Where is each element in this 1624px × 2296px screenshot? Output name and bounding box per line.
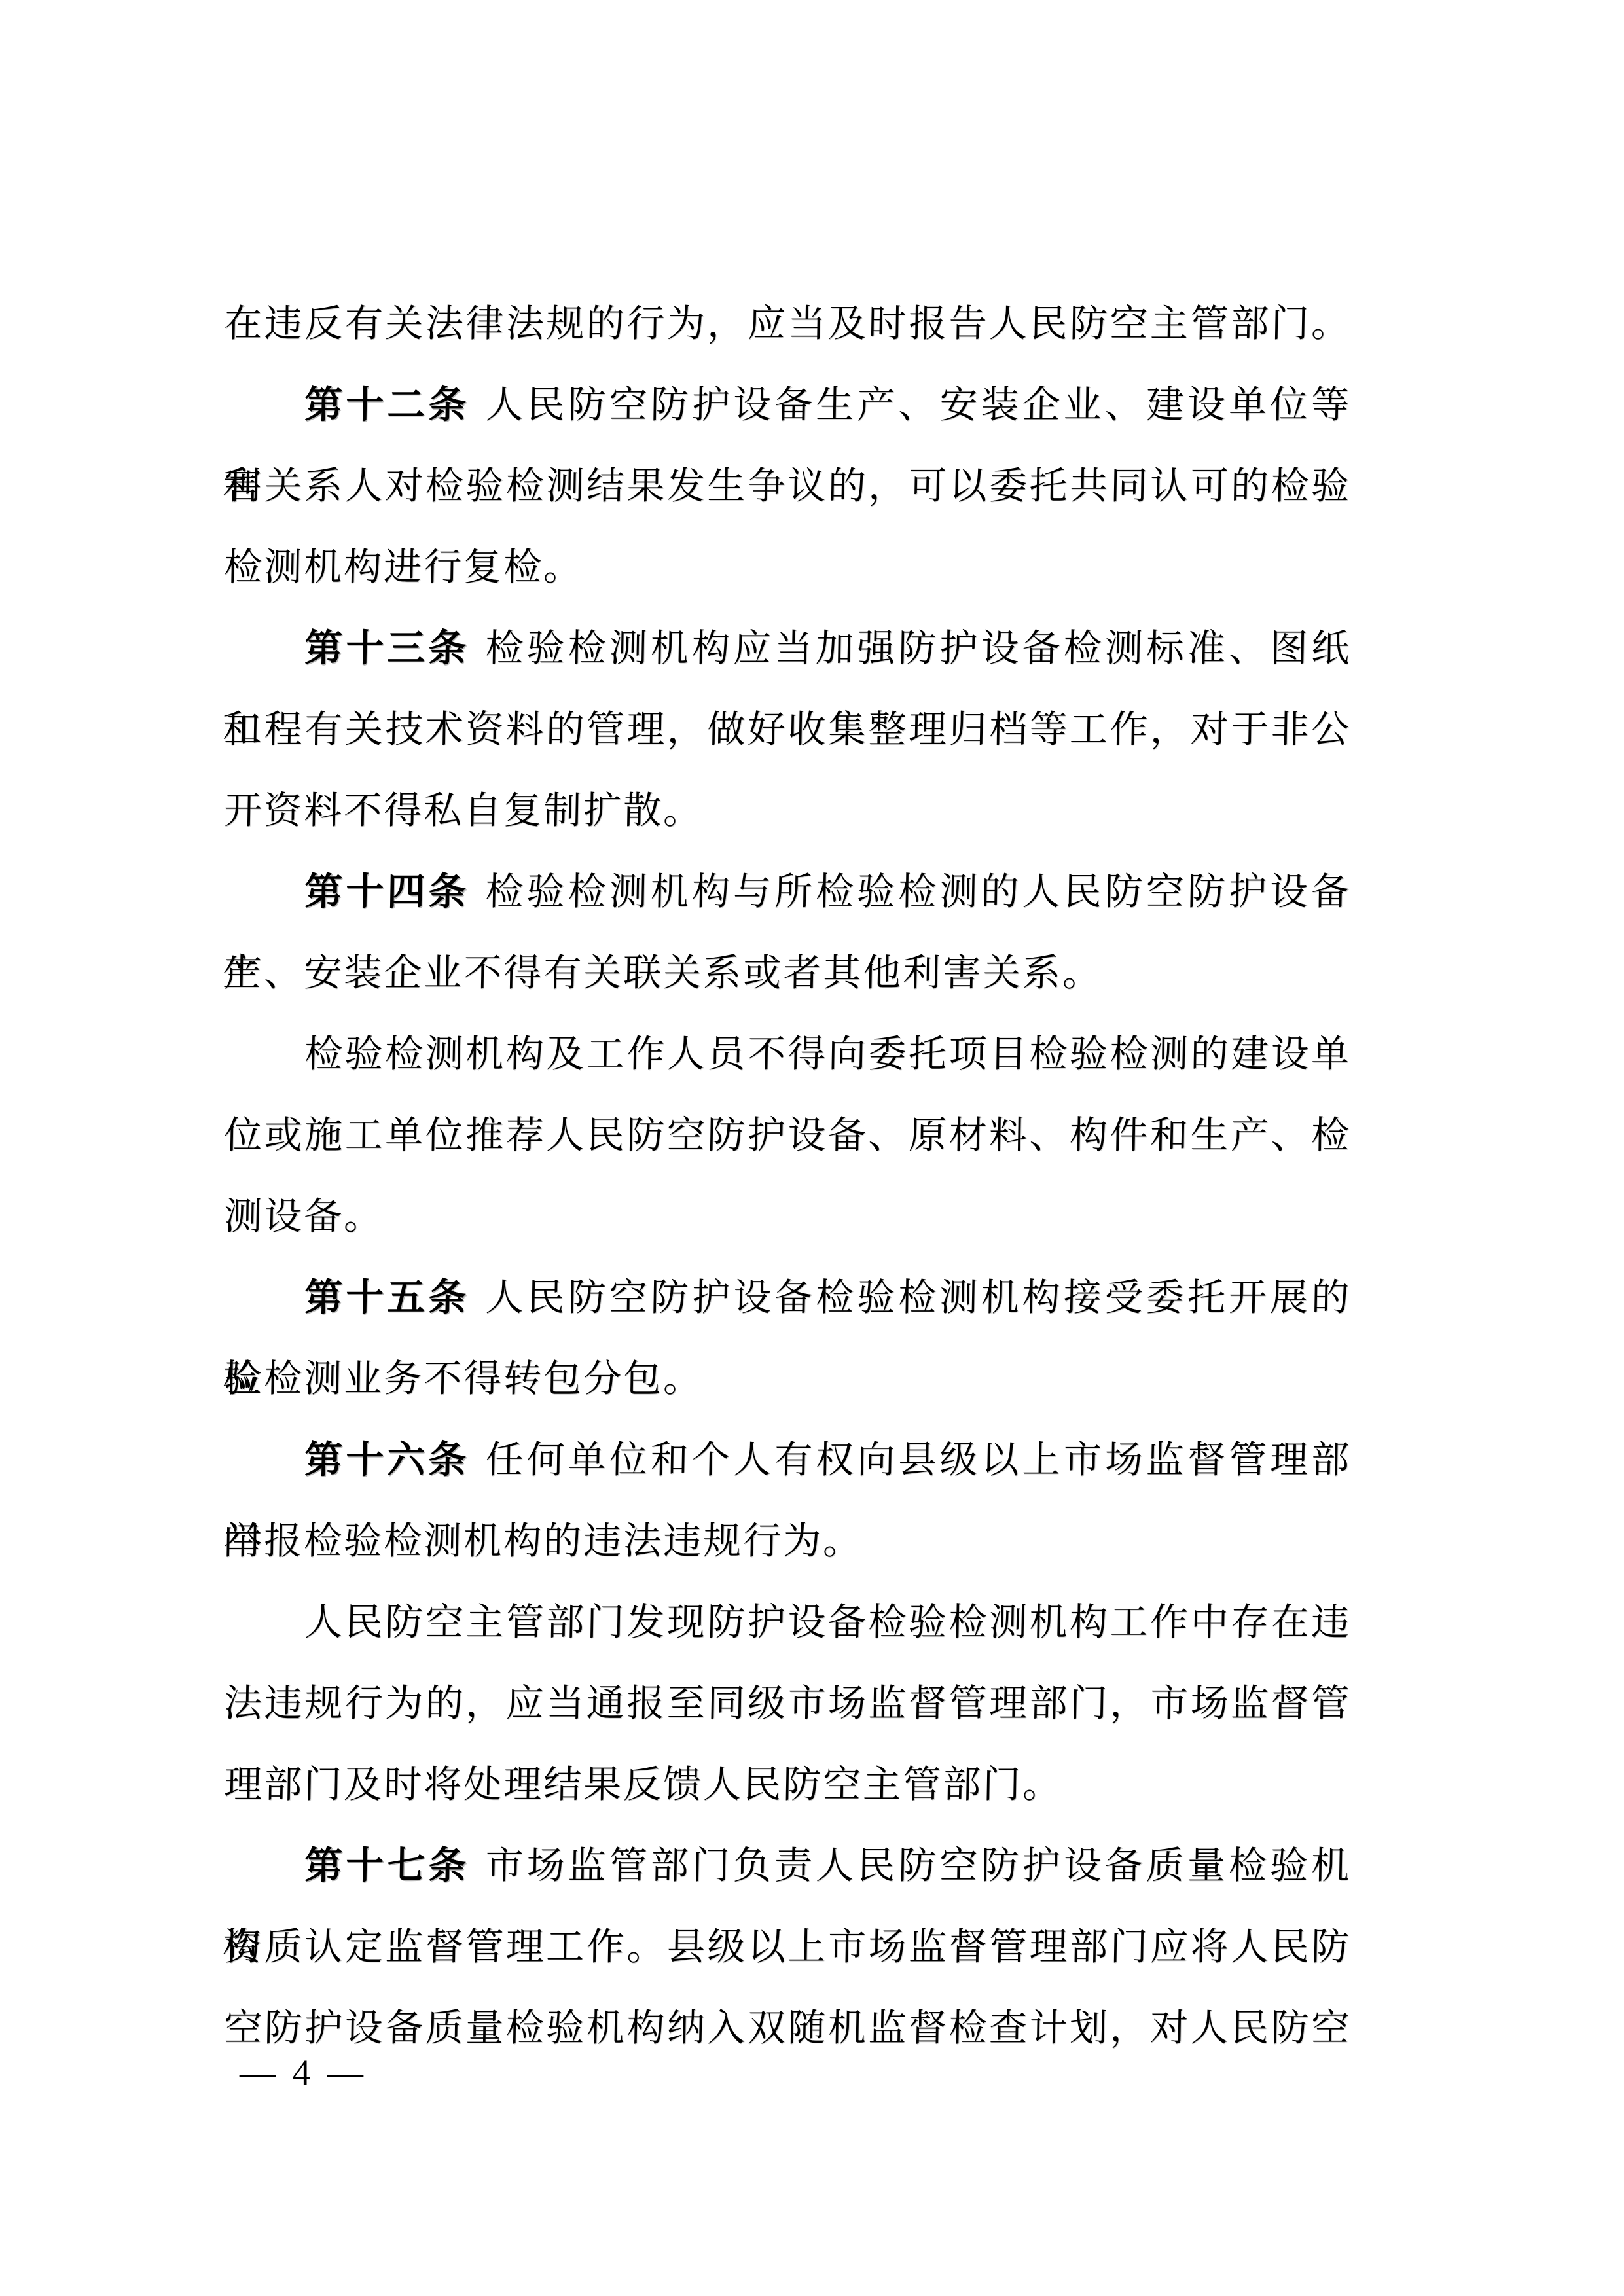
text-line-5: 第十三条检验检测机构应当加强防护设备检测标准、图纸和 [223, 608, 1352, 689]
text-line-8: 第十四条检验检测机构与所检验检测的人民防空防护设备生 [223, 852, 1352, 933]
line-text: 工程有关技术资料的管理，做好收集整理归档等工作，对于非公 [224, 708, 1352, 751]
text-line-22: 空防护设备质量检验机构纳入双随机监督检查计划，对人民防空 [223, 1988, 1352, 2069]
article-number: 第十七条 [304, 1844, 470, 1887]
text-line-21: 资质认定监督管理工作。县级以上市场监督管理部门应将人民防 [223, 1907, 1352, 1988]
line-text: 产、安装企业不得有关联关系或者其他利害关系。 [224, 952, 1103, 994]
line-text: 法违规行为的，应当通报至同级市场监督管理部门，市场监督管 [224, 1682, 1352, 1725]
article-number: 第十六条 [304, 1439, 470, 1481]
line-text: 位或施工单位推荐人民防空防护设备、原材料、构件和生产、检 [224, 1114, 1352, 1157]
line-text: 举报检验检测机构的违法违规行为。 [224, 1520, 863, 1562]
text-line-16: 举报检验检测机构的违法违规行为。 [223, 1501, 1352, 1582]
text-line-2: 第十二条人民防空防护设备生产、安装企业、建设单位等利 [223, 365, 1352, 446]
text-line-15: 第十六条任何单位和个人有权向县级以上市场监督管理部门 [223, 1420, 1352, 1501]
text-line-6: 工程有关技术资料的管理，做好收集整理归档等工作，对于非公 [223, 689, 1352, 770]
text-line-14: 验检测业务不得转包分包。 [223, 1338, 1352, 1420]
text-line-10: 检验检测机构及工作人员不得向委托项目检验检测的建设单 [223, 1014, 1352, 1095]
text-line-3: 害关系人对检验检测结果发生争议的，可以委托共同认可的检验 [223, 446, 1352, 527]
page-footer: — 4 — [240, 2053, 367, 2093]
text-line-9: 产、安装企业不得有关联关系或者其他利害关系。 [223, 933, 1352, 1014]
text-line-13: 第十五条人民防空防护设备检验检测机构接受委托开展的检 [223, 1257, 1352, 1338]
text-line-11: 位或施工单位推荐人民防空防护设备、原材料、构件和生产、检 [223, 1095, 1352, 1176]
line-text: 检测机构进行复检。 [224, 546, 584, 588]
document-page: 在违反有关法律法规的行为，应当及时报告人民防空主管部门。第十二条人民防空防护设备… [0, 0, 1624, 2296]
article-number: 第十四条 [304, 870, 470, 913]
line-text: 人民防空主管部门发现防护设备检验检测机构工作中存在违 [304, 1601, 1352, 1643]
line-text: 在违反有关法律法规的行为，应当及时报告人民防空主管部门。 [224, 302, 1352, 345]
text-line-12: 测设备。 [223, 1176, 1352, 1257]
line-text: 空防护设备质量检验机构纳入双随机监督检查计划，对人民防空 [224, 2007, 1352, 2049]
text-line-19: 理部门及时将处理结果反馈人民防空主管部门。 [223, 1744, 1352, 1825]
line-text: 资质认定监督管理工作。县级以上市场监督管理部门应将人民防 [224, 1926, 1352, 1968]
text-block: 在违反有关法律法规的行为，应当及时报告人民防空主管部门。第十二条人民防空防护设备… [224, 283, 1351, 2069]
line-text: 检验检测机构及工作人员不得向委托项目检验检测的建设单 [304, 1033, 1352, 1075]
article-number: 第十二条 [304, 384, 470, 426]
text-line-7: 开资料不得私自复制扩散。 [223, 770, 1352, 852]
line-text: 测设备。 [224, 1195, 384, 1238]
text-line-17: 人民防空主管部门发现防护设备检验检测机构工作中存在违 [223, 1582, 1352, 1663]
line-text: 开资料不得私自复制扩散。 [224, 789, 704, 832]
line-text: 理部门及时将处理结果反馈人民防空主管部门。 [224, 1763, 1063, 1806]
text-line-20: 第十七条市场监管部门负责人民防空防护设备质量检验机构 [223, 1825, 1352, 1907]
line-text: 验检测业务不得转包分包。 [224, 1357, 704, 1400]
line-text: 害关系人对检验检测结果发生争议的，可以委托共同认可的检验 [224, 465, 1352, 507]
article-number: 第十五条 [304, 1276, 470, 1319]
article-number: 第十三条 [304, 627, 470, 670]
page-number: — 4 — [240, 2053, 367, 2092]
text-line-1: 在违反有关法律法规的行为，应当及时报告人民防空主管部门。 [223, 283, 1352, 365]
text-line-18: 法违规行为的，应当通报至同级市场监督管理部门，市场监督管 [223, 1663, 1352, 1744]
text-line-4: 检测机构进行复检。 [223, 527, 1352, 608]
